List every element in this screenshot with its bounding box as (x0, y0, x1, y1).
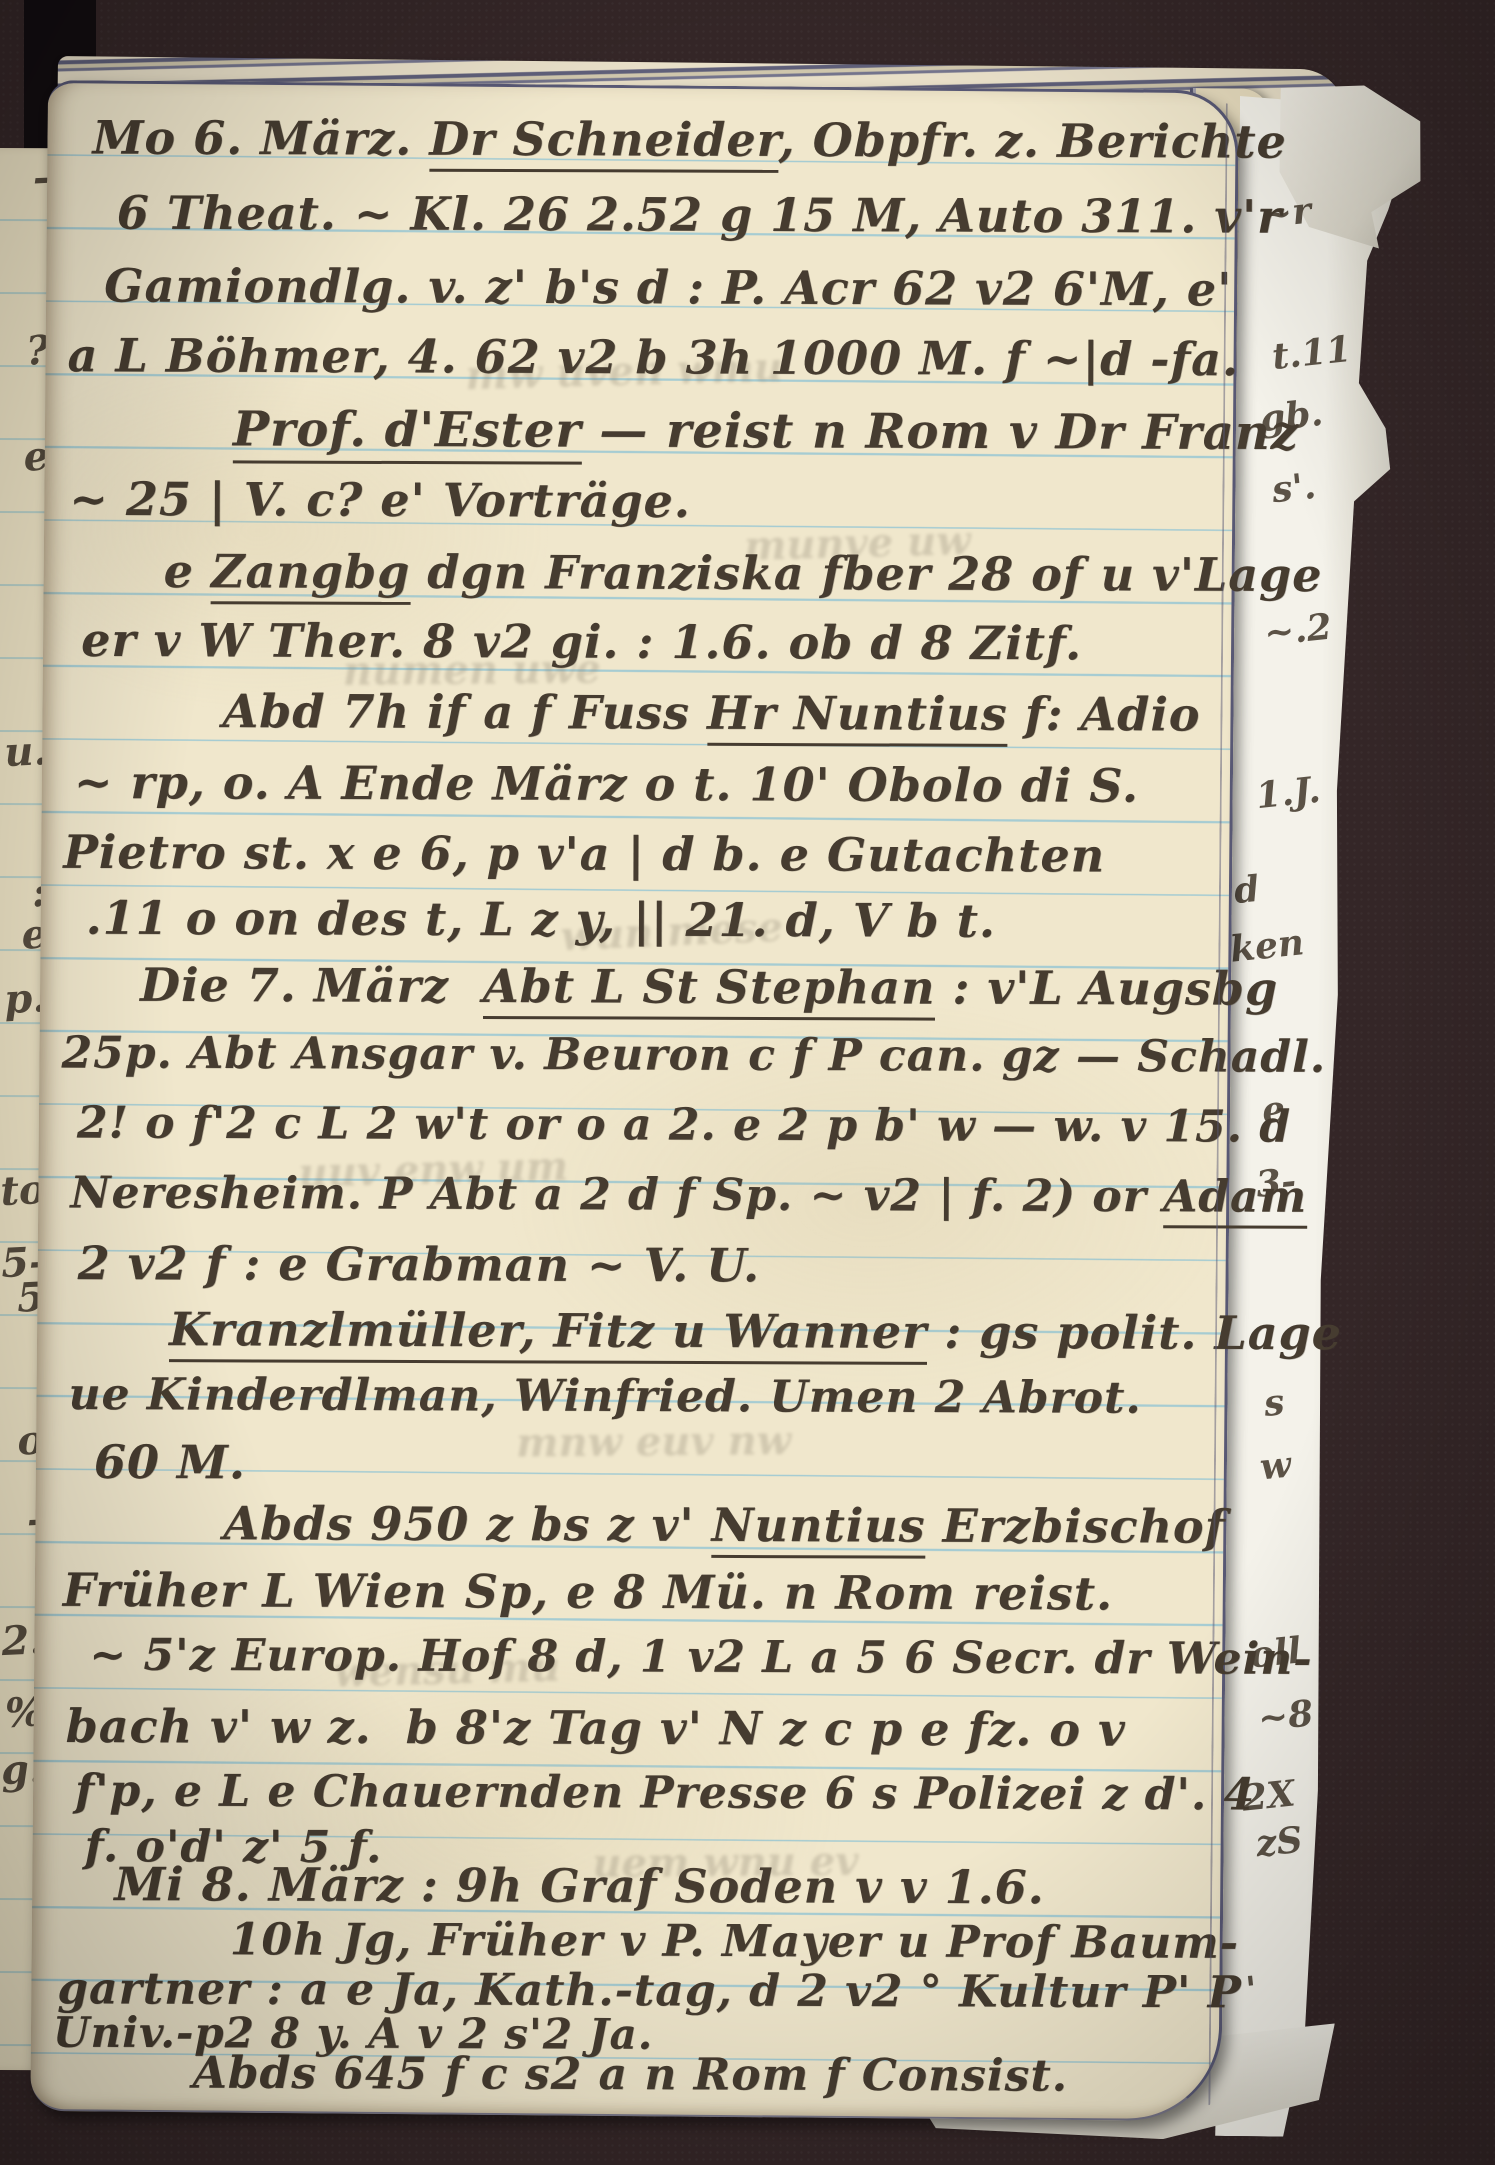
handwriting-segment: Mi 8. März : 9h Graf Soden v v 1.6. (114, 1857, 1045, 1914)
handwriting-segment: bach v' w z. b 8'z Tag v' N z c p e fz. … (66, 1699, 1126, 1757)
handwriting-segment: Die 7. März (140, 958, 483, 1013)
handwriting-segment: Neresheim. P Abt a 2 d f Sp. ~ v2 | f. 2… (70, 1167, 1163, 1222)
handwriting-line: Abds 950 z bs z v' Nuntius Erzbischof (223, 1497, 1225, 1553)
handwriting-line: 25p. Abt Ansgar v. Beuron c f P can. gz … (61, 1028, 1326, 1083)
handwriting-segment: Abd 7h if a f Fuss (222, 684, 707, 740)
handwriting-segment: — reist n Rom v Dr Franz (581, 403, 1299, 462)
handwriting-segment: ~ rp, o. A Ende März o t. 10' Obolo di S… (74, 755, 1139, 813)
handwriting-segment: 10h Jg, Früher v P. Mayer u Prof Baum- (230, 1914, 1239, 1969)
handwriting-segment: ~ 5'z Europ. Hof 8 d, 1 v2 L a 5 6 Secr.… (89, 1630, 1312, 1685)
handwriting-line: 2 v2 f : e Grabman ~ V. U. (78, 1237, 761, 1292)
underlined-name: Kranzlmüller, Fitz u Wanner (169, 1302, 927, 1365)
handwriting-segment: Erzbischof (925, 1499, 1225, 1554)
handwriting-line: 60 M. (94, 1436, 246, 1489)
underlined-name: Prof. d'Ester (233, 401, 582, 464)
handwriting-line: Gamiondlg. v. z' b's d : P. Acr 62 v2 6'… (104, 259, 1232, 316)
handwriting-segment: a L Böhmer, 4. 62 v2 b 3h 1000 M. f ~|d … (68, 328, 1240, 386)
handwriting-segment: , Obpfr. z. Berichte (779, 113, 1287, 169)
notebook-page: mw uven wmunumen uwewun meseuuv enw ummn… (30, 80, 1239, 2121)
underlined-name: Nuntius (711, 1498, 925, 1559)
handwriting-line: Prof. d'Ester — reist n Rom v Dr Franz (233, 402, 1299, 461)
loose-sheet-fragment: t.11 (1270, 331, 1353, 375)
underlined-name: Abt L St Stephan (483, 959, 936, 1021)
handwriting-line: e Zangbg dgn Franziska fber 28 of u v'La… (164, 545, 1323, 602)
handwriting-line: bach v' w z. b 8'z Tag v' N z c p e fz. … (66, 1700, 1126, 1757)
handwriting-segment: ~ 25 | V. c? e' Vorträge. (69, 472, 691, 528)
underlined-name: Hr Nuntius (707, 686, 1008, 747)
handwriting-segment: ue Kinderdlman, Winfried. Umen 2 Abrot. (68, 1369, 1141, 1424)
handwriting-line: Abd 7h if a f Fuss Hr Nuntius f: Adio (222, 685, 1200, 741)
handwriting-segment: Abds 950 z bs z v' (223, 1496, 711, 1552)
loose-sheet-fragment: s'. (1270, 468, 1317, 508)
handwriting-line: f'p, e L e Chauernden Presse 6 s Polizei… (75, 1766, 1255, 1821)
handwriting-segment: dgn Franziska fber 28 of u v'Lage (410, 545, 1322, 602)
handwriting-line: ~ 5'z Europ. Hof 8 d, 1 v2 L a 5 6 Secr.… (89, 1631, 1312, 1686)
handwriting-line: Früher L Wien Sp, e 8 Mü. n Rom reist. (63, 1564, 1113, 1621)
handwriting-line: a L Böhmer, 4. 62 v2 b 3h 1000 M. f ~|d … (68, 329, 1240, 386)
handwriting-segment: 2 v2 f : e Grabman ~ V. U. (78, 1236, 761, 1292)
handwriting-line: Die 7. März Abt L St Stephan : v'L Augsb… (140, 959, 1278, 1016)
handwriting-segment: Früher L Wien Sp, e 8 Mü. n Rom reist. (63, 1563, 1113, 1621)
handwriting-line: ue Kinderdlman, Winfried. Umen 2 Abrot. (68, 1370, 1141, 1424)
underlined-name: Zangbg (211, 544, 411, 605)
handwriting-line: .11 o on des t, L z y, || 21. d, V b t. (86, 892, 996, 948)
ink-bleedthrough-mark: mnw euv nw (516, 1417, 791, 1466)
handwriting-segment: Pietro st. x e 6, p v'a | d b. e Gutacht… (63, 825, 1105, 883)
loose-sheet-fragment: d (1232, 871, 1261, 909)
loose-sheet-fragment: ~.2 (1262, 609, 1333, 652)
handwriting-line: Mo 6. März. Dr Schneider, Obpfr. z. Beri… (92, 112, 1287, 169)
loose-sheet-fragment: w (1258, 1446, 1293, 1485)
handwriting-segment: 25p. Abt Ansgar v. Beuron c f P can. gz … (61, 1027, 1326, 1082)
handwriting-line: Neresheim. P Abt a 2 d f Sp. ~ v2 | f. 2… (70, 1168, 1307, 1223)
handwriting-segment: Mo 6. März. (92, 111, 429, 166)
handwriting-segment: .11 o on des t, L z y, || 21. d, V b t. (86, 891, 996, 948)
handwriting-line: Pietro st. x e 6, p v'a | d b. e Gutacht… (63, 826, 1105, 883)
loose-sheet-fragment: 1.J. (1254, 772, 1322, 815)
handwriting-segment: : v'L Augsbg (935, 961, 1278, 1016)
handwriting-segment: f'p, e L e Chauernden Presse 6 s Polizei… (75, 1765, 1255, 1820)
handwriting-segment: 2! o f'2 c L 2 w't or o a 2. e 2 p b' w … (77, 1097, 1291, 1152)
handwriting-segment: e (164, 544, 211, 598)
handwriting-segment: Abds 645 f c s2 a n Rom f Consist. (193, 2048, 1069, 2102)
loose-sheet-fragment: zS (1254, 1822, 1304, 1863)
handwriting-line: ~ 25 | V. c? e' Vorträge. (69, 473, 691, 528)
handwriting-line: Abds 645 f c s2 a n Rom f Consist. (193, 2049, 1069, 2103)
handwriting-line: er v W Ther. 8 v2 gi. : 1.6. ob d 8 Zitf… (81, 614, 1082, 670)
handwriting-segment: er v W Ther. 8 v2 gi. : 1.6. ob d 8 Zitf… (81, 613, 1082, 670)
handwriting-line: 2! o f'2 c L 2 w't or o a 2. e 2 p b' w … (77, 1098, 1291, 1153)
loose-sheet-fragment: ~8 (1256, 1695, 1315, 1737)
handwriting-segment: f: Adio (1008, 687, 1201, 742)
handwriting-segment: : gs polit. Lage (927, 1305, 1342, 1360)
handwriting-segment: 6 Theat. ~ Kl. 26 2.52 g 15 M, Auto 311.… (117, 186, 1283, 244)
underlined-name: Dr Schneider (429, 112, 779, 173)
handwriting-line: Mi 8. März : 9h Graf Soden v v 1.6. (114, 1858, 1045, 1914)
handwriting-line: 6 Theat. ~ Kl. 26 2.52 g 15 M, Auto 311.… (117, 187, 1283, 244)
handwriting-segment: 60 M. (94, 1435, 246, 1490)
handwriting-segment: Gamiondlg. v. z' b's d : P. Acr 62 v2 6'… (104, 258, 1232, 316)
handwriting-line: 10h Jg, Früher v P. Mayer u Prof Baum- (230, 1915, 1239, 1969)
photo-scene: { "colors": { "background": "#342627", "… (0, 0, 1495, 2165)
handwriting-line: Kranzlmüller, Fitz u Wanner : gs polit. … (169, 1303, 1342, 1360)
underlined-name: Adam (1163, 1171, 1307, 1229)
loose-sheet-fragment: s (1262, 1384, 1286, 1422)
handwriting-line: ~ rp, o. A Ende März o t. 10' Obolo di S… (74, 756, 1139, 813)
